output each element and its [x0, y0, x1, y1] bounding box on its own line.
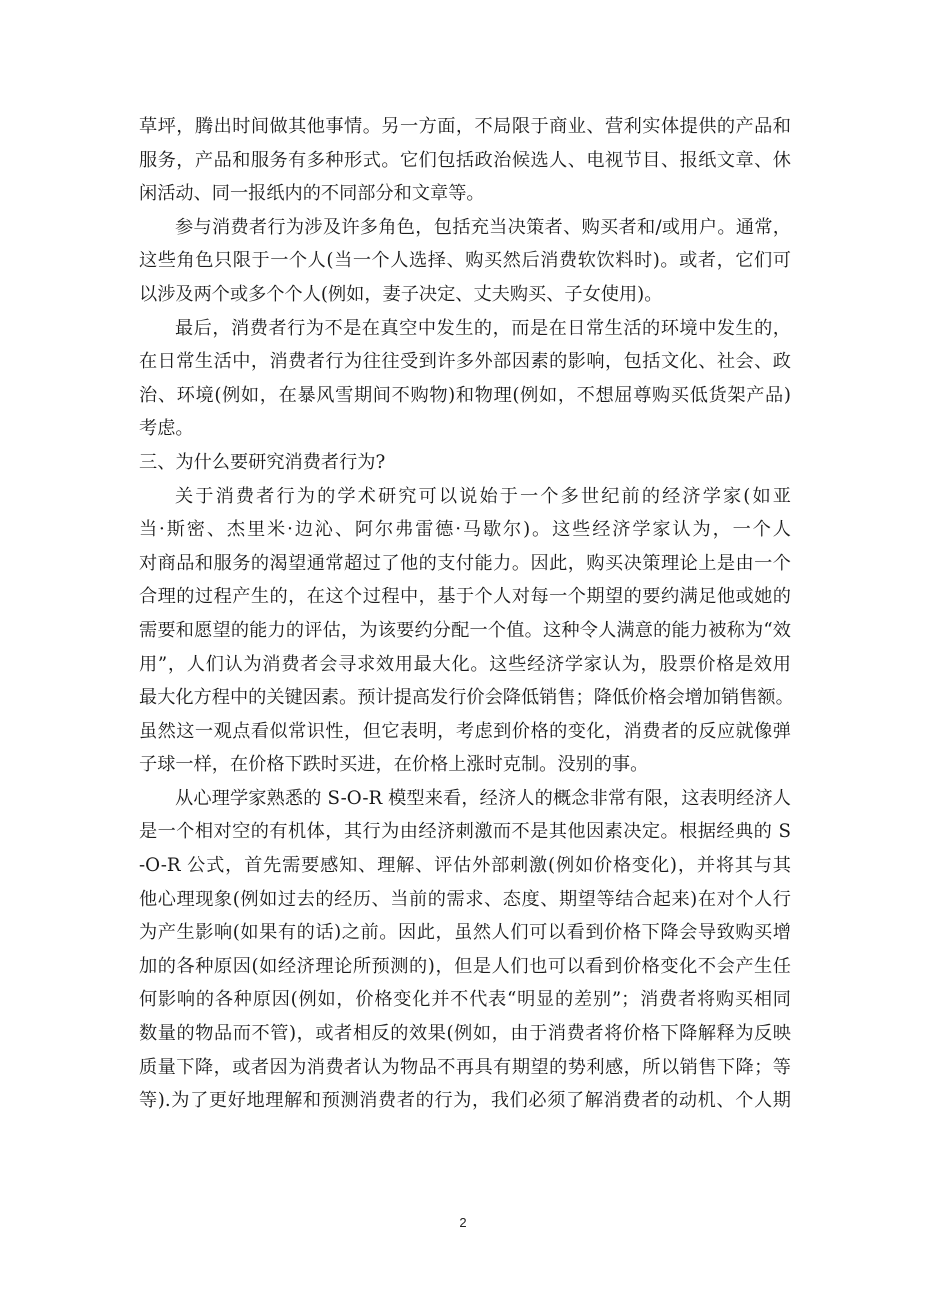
text-line: 等).为了更好地理解和预测消费者的行为，我们必须了解消费者的动机、个人期 [139, 1084, 791, 1118]
text-line: 当·斯密、杰里米·边沁、阿尔弗雷德·马歇尔)。这些经济学家认为，一个人 [139, 513, 791, 547]
paragraph: 从心理学家熟悉的 S-O-R 模型来看，经济人的概念非常有限，这表明经济人 是一… [139, 782, 791, 1118]
body-text: 草坪，腾出时间做其他事情。另一方面，不局限于商业、营利实体提供的产品和 服务，产… [139, 110, 791, 1118]
text-line: 草坪，腾出时间做其他事情。另一方面，不局限于商业、营利实体提供的产品和 [139, 110, 791, 144]
text-line: 关于消费者行为的学术研究可以说始于一个多世纪前的经济学家(如亚 [139, 480, 791, 514]
text-line: -O-R 公式，首先需要感知、理解、评估外部刺激(例如价格变化)，并将其与其 [139, 849, 791, 883]
text-line: 用”，人们认为消费者会寻求效用最大化。这些经济学家认为，股票价格是效用 [139, 648, 791, 682]
text-line: 加的各种原因(如经济理论所预测的)，但是人们也可以看到价格变化不会产生任 [139, 950, 791, 984]
text-line: 这些角色只限于一个人(当一个人选择、购买然后消费软饮料时)。或者，它们可 [139, 244, 791, 278]
text-line: 何影响的各种原因(例如，价格变化并不代表“明显的差别”；消费者将购买相同 [139, 983, 791, 1017]
section-heading: 三、为什么要研究消费者行为? [139, 446, 791, 480]
paragraph: 关于消费者行为的学术研究可以说始于一个多世纪前的经济学家(如亚 当·斯密、杰里米… [139, 480, 791, 782]
page-number: 2 [0, 1215, 926, 1230]
text-line: 质量下降，或者因为消费者认为物品不再具有期望的势利感，所以销售下降；等 [139, 1051, 791, 1085]
text-line: 最大化方程中的关键因素。预计提高发行价会降低销售；降低价格会增加销售额。 [139, 681, 791, 715]
text-line: 是一个相对空的有机体，其行为由经济刺激而不是其他因素决定。根据经典的 S [139, 815, 791, 849]
text-line: 数量的物品而不管)，或者相反的效果(例如，由于消费者将价格下降解释为反映 [139, 1017, 791, 1051]
text-line: 在日常生活中，消费者行为往往受到许多外部因素的影响，包括文化、社会、政 [139, 345, 791, 379]
text-line: 最后，消费者行为不是在真空中发生的，而是在日常生活的环境中发生的， [139, 312, 791, 346]
text-line: 以涉及两个或多个个人(例如，妻子决定、丈夫购买、子女使用)。 [139, 278, 791, 312]
paragraph: 最后，消费者行为不是在真空中发生的，而是在日常生活的环境中发生的， 在日常生活中… [139, 312, 791, 446]
text-line: 需要和愿望的能力的评估，为该要约分配一个值。这种令人满意的能力被称为“效 [139, 614, 791, 648]
text-line: 他心理现象(例如过去的经历、当前的需求、态度、期望等结合起来)在对个人行 [139, 883, 791, 917]
text-line: 合理的过程产生的，在这个过程中，基于个人对每一个期望的要约满足他或她的 [139, 580, 791, 614]
text-line: 参与消费者行为涉及许多角色，包括充当决策者、购买者和/或用户。通常， [139, 211, 791, 245]
text-line: 闲活动、同一报纸内的不同部分和文章等。 [139, 177, 791, 211]
paragraph: 参与消费者行为涉及许多角色，包括充当决策者、购买者和/或用户。通常， 这些角色只… [139, 211, 791, 312]
document-page: 草坪，腾出时间做其他事情。另一方面，不局限于商业、营利实体提供的产品和 服务，产… [0, 0, 926, 1309]
text-line: 治、环境(例如，在暴风雪期间不购物)和物理(例如，不想屈尊购买低货架产品) [139, 379, 791, 413]
text-line: 服务，产品和服务有多种形式。它们包括政治候选人、电视节目、报纸文章、休 [139, 144, 791, 178]
paragraph: 草坪，腾出时间做其他事情。另一方面，不局限于商业、营利实体提供的产品和 服务，产… [139, 110, 791, 211]
text-line: 考虑。 [139, 412, 791, 446]
text-line: 从心理学家熟悉的 S-O-R 模型来看，经济人的概念非常有限，这表明经济人 [139, 782, 791, 816]
text-line: 对商品和服务的渴望通常超过了他的支付能力。因此，购买决策理论上是由一个 [139, 547, 791, 581]
text-line: 为产生影响(如果有的话)之前。因此，虽然人们可以看到价格下降会导致购买增 [139, 916, 791, 950]
heading-text: 三、为什么要研究消费者行为? [139, 446, 791, 480]
text-line: 子球一样，在价格下跌时买进，在价格上涨时克制。没别的事。 [139, 748, 791, 782]
text-line: 虽然这一观点看似常识性，但它表明，考虑到价格的变化，消费者的反应就像弹 [139, 715, 791, 749]
